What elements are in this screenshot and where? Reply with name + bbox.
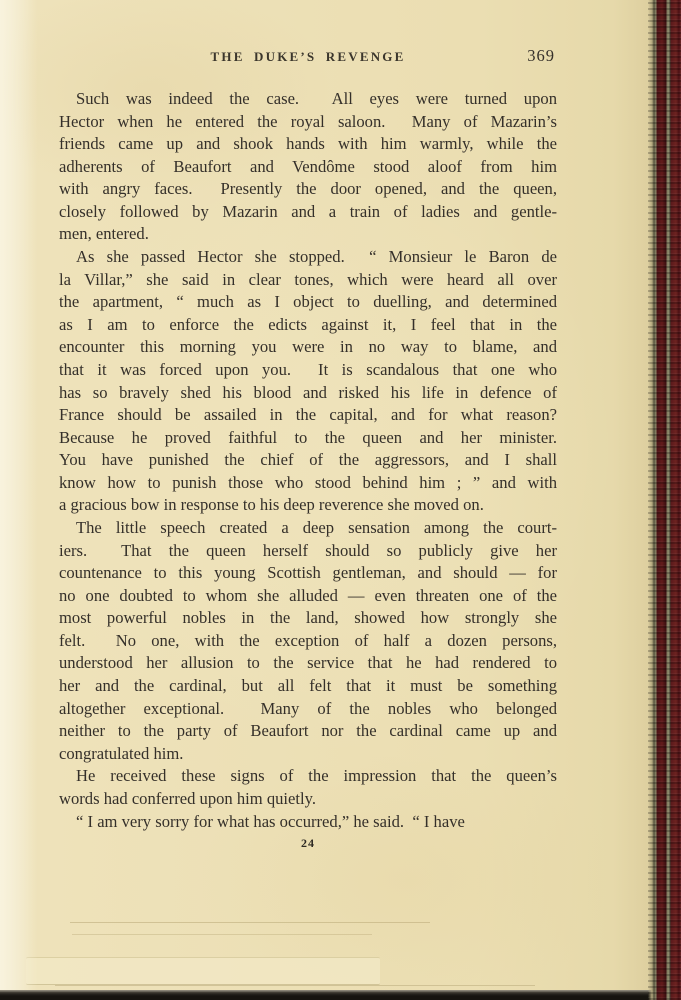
text-line: her and the cardinal, but all felt that … <box>59 675 557 698</box>
text-line: countenance to this young Scottish gentl… <box>59 562 557 585</box>
text-line: “ I am very sorry for what has occurred,… <box>59 811 557 834</box>
text-line: As she passed Hector she stopped. “ Mons… <box>59 246 557 269</box>
text-line: congratulated him. <box>59 743 557 766</box>
text-line: with angry faces. Presently the door ope… <box>59 178 557 201</box>
text-line: most powerful nobles in the land, showed… <box>59 607 557 630</box>
text-line: iers. That the queen herself should so p… <box>59 540 557 563</box>
text-line: Because he proved faithful to the queen … <box>59 427 557 450</box>
text-line: You have punished the chief of the aggre… <box>59 449 557 472</box>
text-line: France should be assailed in the capital… <box>59 404 557 427</box>
text-line: neither to the party of Beaufort nor the… <box>59 720 557 743</box>
text-line: the apartment, “ much as I object to due… <box>59 291 557 314</box>
text-line: no one doubted to whom she alluded — eve… <box>59 585 557 608</box>
text-line: The little speech created a deep sensati… <box>59 517 557 540</box>
text-line: understood her allusion to the service t… <box>59 652 557 675</box>
text-line: Hector when he entered the royal saloon.… <box>59 111 557 134</box>
text-line: a gracious bow in response to his deep r… <box>59 494 557 517</box>
book-cover-edge <box>648 0 681 1000</box>
bottom-shadow <box>0 990 681 1000</box>
text-line: has so bravely shed his blood and risked… <box>59 382 557 405</box>
running-title: THE DUKE’S REVENGE <box>59 49 557 65</box>
text-line: words had conferred upon him quietly. <box>59 788 557 811</box>
text-line: know how to punish those who stood behin… <box>59 472 557 495</box>
signature-mark: 24 <box>59 836 557 851</box>
text-line: friends came up and shook hands with him… <box>59 133 557 156</box>
text-line: felt. No one, with the exception of half… <box>59 630 557 653</box>
page-number: 369 <box>527 46 555 66</box>
text-line: adherents of Beaufort and Vendôme stood … <box>59 156 557 179</box>
text-line: la Villar,” she said in clear tones, whi… <box>59 269 557 292</box>
stacked-page-edge-line <box>55 985 535 986</box>
page-text: Such was indeed the case. All eyes were … <box>59 88 557 833</box>
text-line: Such was indeed the case. All eyes were … <box>59 88 557 111</box>
stacked-page-edge-line <box>70 922 430 923</box>
stacked-page-edge-band <box>26 957 380 985</box>
text-line: as I am to enforce the edicts against it… <box>59 314 557 337</box>
text-line: encounter this morning you were in no wa… <box>59 336 557 359</box>
text-line: He received these signs of the impressio… <box>59 765 557 788</box>
stacked-page-edge-line <box>72 934 372 935</box>
text-line: that it was forced upon you. It is scand… <box>59 359 557 382</box>
text-line: closely followed by Mazarin and a train … <box>59 201 557 224</box>
page-header: THE DUKE’S REVENGE 369 <box>59 46 557 68</box>
text-line: altogether exceptional. Many of the nobl… <box>59 698 557 721</box>
text-line: men, entered. <box>59 223 557 246</box>
page-left-edge <box>0 0 38 1000</box>
book-scan: THE DUKE’S REVENGE 369 Such was indeed t… <box>0 0 681 1000</box>
